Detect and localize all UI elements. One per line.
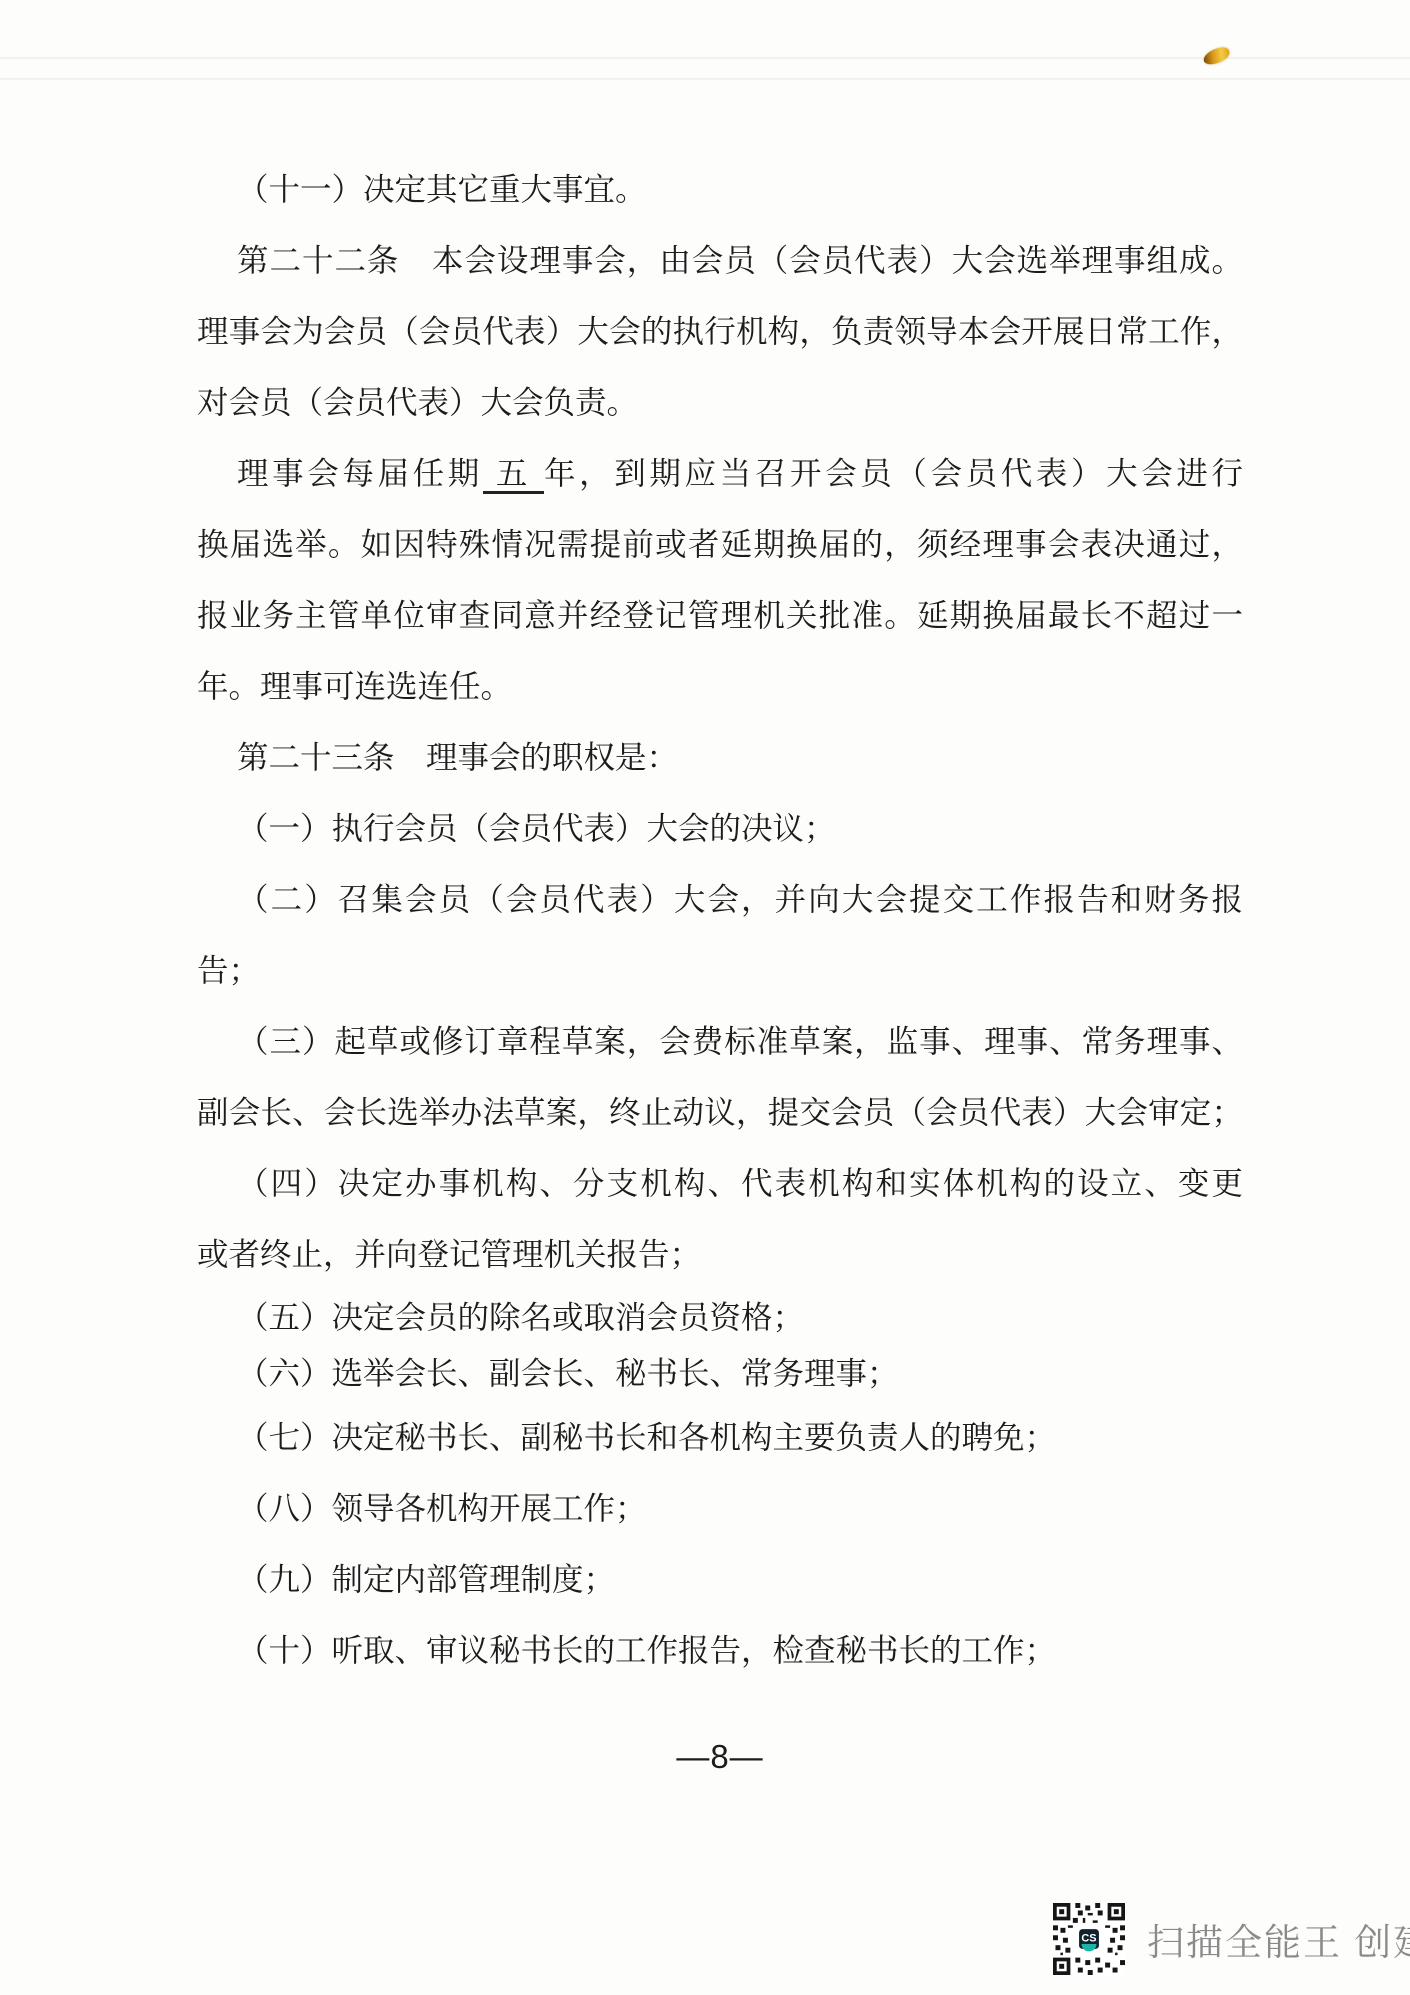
scan-artifact-line [0,57,1410,59]
doc-line: 第二十三条 理事会的职权是： [197,722,1243,793]
camscanner-watermark: CS 扫描全能王 创建 [1053,1903,1410,1975]
doc-line: 第二十二条 本会设理事会，由会员（会员代表）大会选举理事组成。 [197,225,1243,296]
doc-line: 对会员（会员代表）大会负责。 [197,367,1243,438]
doc-line: 年。理事可连选连任。 [197,651,1243,722]
doc-line: （八）领导各机构开展工作； [197,1473,1243,1544]
doc-line: （四）决定办事机构、分支机构、代表机构和实体机构的设立、变更 [197,1148,1243,1219]
document-body: （十一）决定其它重大事宜。 第二十二条 本会设理事会，由会员（会员代表）大会选举… [197,154,1243,1776]
doc-line: （五）决定会员的除名或取消会员资格； [197,1290,1243,1345]
term-line-before: 理事会每届任期 [237,455,483,491]
doc-line: （一）执行会员（会员代表）大会的决议； [197,793,1243,864]
doc-line: （二）召集会员（会员代表）大会，并向大会提交工作报告和财务报 [197,864,1243,935]
qr-badge-label: CS [1081,1933,1096,1945]
qr-code-icon: CS [1053,1903,1125,1975]
doc-line: （三）起草或修订章程草案，会费标准草案，监事、理事、常务理事、 [197,1006,1243,1077]
watermark-label: 扫描全能王 创建 [1147,1912,1410,1966]
doc-line: 报业务主管单位审查同意并经登记管理机关批准。延期换届最长不超过一 [197,580,1243,651]
doc-line-term: 理事会每届任期五年，到期应当召开会员（会员代表）大会进行 [197,438,1243,509]
amber-smudge-artifact [1201,45,1231,67]
term-underline: 五 [483,455,544,494]
doc-line: （十一）决定其它重大事宜。 [197,154,1243,225]
doc-line: 换届选举。如因特殊情况需提前或者延期换届的，须经理事会表决通过， [197,509,1243,580]
doc-line: 或者终止，并向登记管理机关报告； [197,1219,1243,1290]
doc-line: 告； [197,935,1243,1006]
page-number: —8— [197,1738,1243,1776]
doc-line: （六）选举会长、副会长、秘书长、常务理事； [197,1345,1243,1402]
scan-artifact-line [0,78,1410,80]
doc-line: 理事会为会员（会员代表）大会的执行机构，负责领导本会开展日常工作， [197,296,1243,367]
doc-line: （九）制定内部管理制度； [197,1544,1243,1615]
doc-line: 副会长、会长选举办法草案，终止动议，提交会员（会员代表）大会审定； [197,1077,1243,1148]
doc-line: （七）决定秘书长、副秘书长和各机构主要负责人的聘免； [197,1402,1243,1473]
doc-line: （十）听取、审议秘书长的工作报告，检查秘书长的工作； [197,1615,1243,1686]
term-line-after: 年，到期应当召开会员（会员代表）大会进行 [544,455,1243,491]
